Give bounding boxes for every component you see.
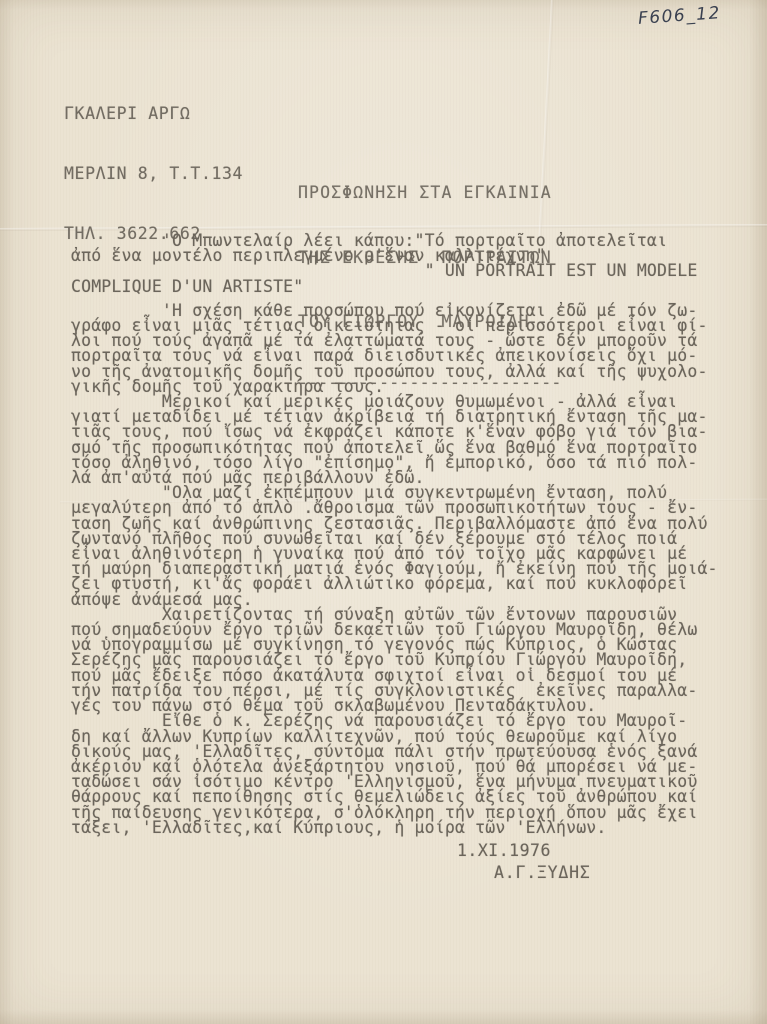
paragraph-5: Εἴθε ὁ κ. Σερέζης νά παρουσιάζει τό ἔργο… <box>71 713 767 835</box>
letter-date: 1.XI.1976 <box>457 841 551 860</box>
paragraph-baudelaire-quote: 'Ο Μπωντελαίρ λέει κάπου:"Τό πορτραῖτο ἀ… <box>71 233 767 294</box>
letter-signature: Α.Γ.ΞΥΔΗΣ <box>494 863 591 882</box>
paragraph-2: Μερικοί καί μερικές μοιάζουν θυμωμένοι -… <box>71 394 767 485</box>
paragraph-1: 'Η σχέση κάθε προσώπου πού εἰκονίζεται ἐ… <box>71 303 767 394</box>
handwritten-archive-code: F606_12 <box>637 3 721 29</box>
letter-body: 'Ο Μπωντελαίρ λέει κάπου:"Τό πορτραῖτο ἀ… <box>71 233 767 835</box>
paragraph-4: Χαιρετίζοντας τή σύναξη αὐτῶν τῶν ἔντονω… <box>71 607 767 713</box>
scanned-letter-page: F606_12 ΓΚΑΛΕΡΙ ΑΡΓΩ ΜΕΡΛΙΝ 8, Τ.Τ.134 Τ… <box>0 0 767 1024</box>
title-line-1: ΠΡΟΣΦΩΝΗΣΗ ΣΤΑ ΕΓΚΑΙΝΙΑ <box>298 182 561 204</box>
gallery-name: ΓΚΑΛΕΡΙ ΑΡΓΩ <box>64 104 243 124</box>
gallery-address: ΜΕΡΛΙΝ 8, Τ.Τ.134 <box>64 164 243 184</box>
paragraph-3: "Ολα μαζί ἐκπέμπουν μιά συγκεντρωμένη ἔν… <box>71 485 767 607</box>
